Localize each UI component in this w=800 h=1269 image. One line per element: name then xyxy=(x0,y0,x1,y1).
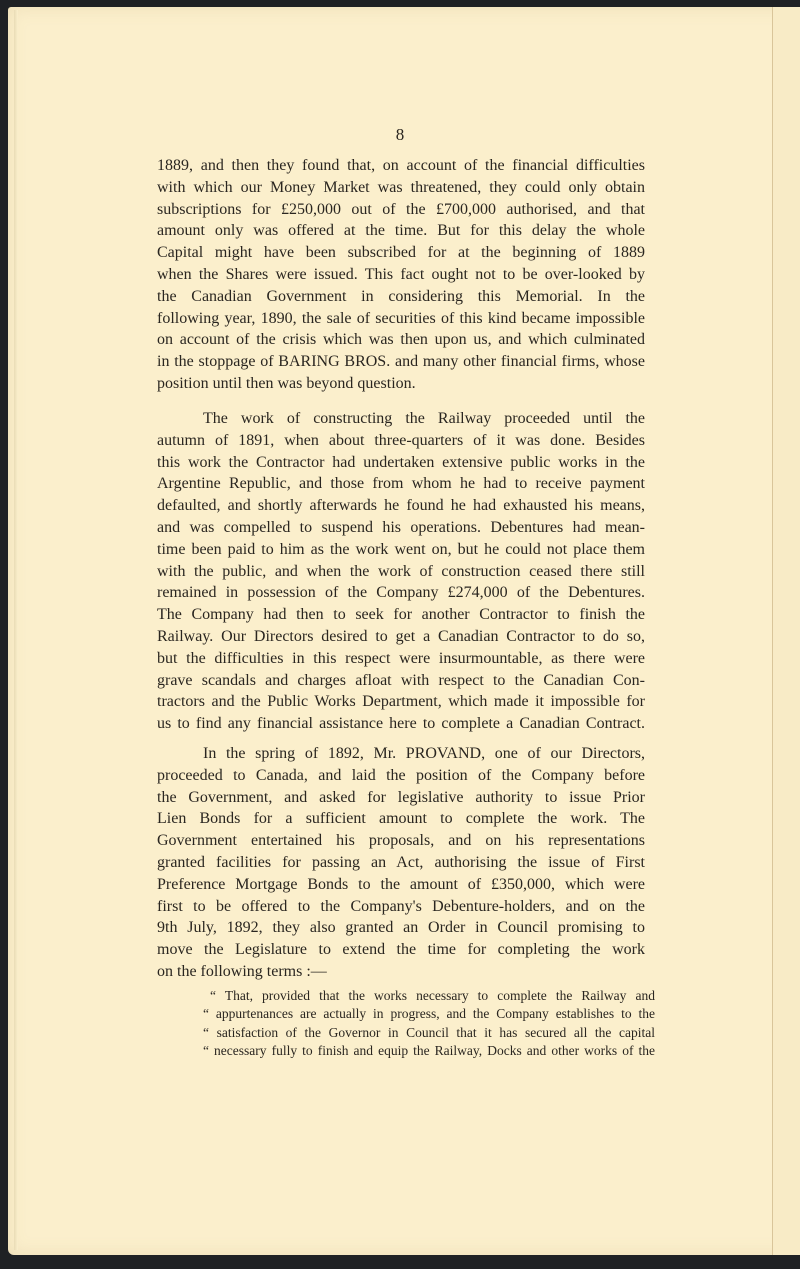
text-line: defaulted, and shortly afterwards he fou… xyxy=(157,495,645,517)
text-line: move the Legislature to extend the time … xyxy=(157,939,645,961)
text-line: on account of the crisis which was then … xyxy=(157,329,645,351)
text-line: 9th July, 1892, they also granted an Ord… xyxy=(157,917,645,939)
paragraph-1: 1889, and then they found that, on accou… xyxy=(157,155,645,395)
text-line: subscriptions for £250,000 out of the £7… xyxy=(157,199,645,221)
scanned-document: 8 1889, and then they found that, on acc… xyxy=(0,0,800,1269)
text-line: The work of constructing the Railway pro… xyxy=(157,408,645,430)
page-fold-line xyxy=(772,7,773,1255)
text-line: the Government, and asked for legislativ… xyxy=(157,787,645,809)
text-line: Railway. Our Directors desired to get a … xyxy=(157,626,645,648)
text-line: In the spring of 1892, Mr. PROVAND, one … xyxy=(157,743,645,765)
adjacent-page-strip xyxy=(773,7,800,1255)
text-line: position until then was beyond question. xyxy=(157,373,645,395)
text-line: tractors and the Public Works Department… xyxy=(157,691,645,713)
text-line: Preference Mortgage Bonds to the amount … xyxy=(157,874,645,896)
text-line: Capital might have been subscribed for a… xyxy=(157,242,645,264)
quoted-terms: “ That, provided that the works necessar… xyxy=(210,988,655,1062)
text-line: the Canadian Government in considering t… xyxy=(157,286,645,308)
text-line: following year, 1890, the sale of securi… xyxy=(157,308,645,330)
page-edge xyxy=(14,10,18,1250)
page-number: 8 xyxy=(0,125,800,145)
text-line: with which our Money Market was threaten… xyxy=(157,177,645,199)
text-line: in the stoppage of BARING BROS. and many… xyxy=(157,351,645,373)
text-line: grave scandals and charges afloat with r… xyxy=(157,670,645,692)
text-line: and was compelled to suspend his operati… xyxy=(157,517,645,539)
quote-line: “ appurtenances are actually in progress… xyxy=(203,1006,655,1024)
quote-line: “ satisfaction of the Governor in Counci… xyxy=(203,1025,655,1043)
quote-line: “ That, provided that the works necessar… xyxy=(210,988,655,1006)
quote-line: “ necessary fully to finish and equip th… xyxy=(203,1043,655,1061)
text-line: this work the Contractor had undertaken … xyxy=(157,452,645,474)
text-line: when the Shares were issued. This fact o… xyxy=(157,264,645,286)
paragraph-3: In the spring of 1892, Mr. PROVAND, one … xyxy=(157,743,645,983)
text-line: Argentine Republic, and those from whom … xyxy=(157,473,645,495)
text-line: but the difficulties in this respect wer… xyxy=(157,648,645,670)
text-line: autumn of 1891, when about three-quarter… xyxy=(157,430,645,452)
text-line: granted facilities for passing an Act, a… xyxy=(157,852,645,874)
text-line: us to find any financial assistance here… xyxy=(157,713,645,735)
text-line: 1889, and then they found that, on accou… xyxy=(157,155,645,177)
text-line: amount only was offered at the time. But… xyxy=(157,220,645,242)
text-line: remained in possession of the Company £2… xyxy=(157,582,645,604)
text-line: The Company had then to seek for another… xyxy=(157,604,645,626)
text-line: Lien Bonds for a sufficient amount to co… xyxy=(157,808,645,830)
text-line: time been paid to him as the work went o… xyxy=(157,539,645,561)
text-line: first to be offered to the Company's Deb… xyxy=(157,896,645,918)
text-line: proceeded to Canada, and laid the positi… xyxy=(157,765,645,787)
paragraph-2: The work of constructing the Railway pro… xyxy=(157,408,645,735)
text-line: Government entertained his proposals, an… xyxy=(157,830,645,852)
text-line: on the following terms :— xyxy=(157,961,645,983)
text-line: with the public, and when the work of co… xyxy=(157,561,645,583)
